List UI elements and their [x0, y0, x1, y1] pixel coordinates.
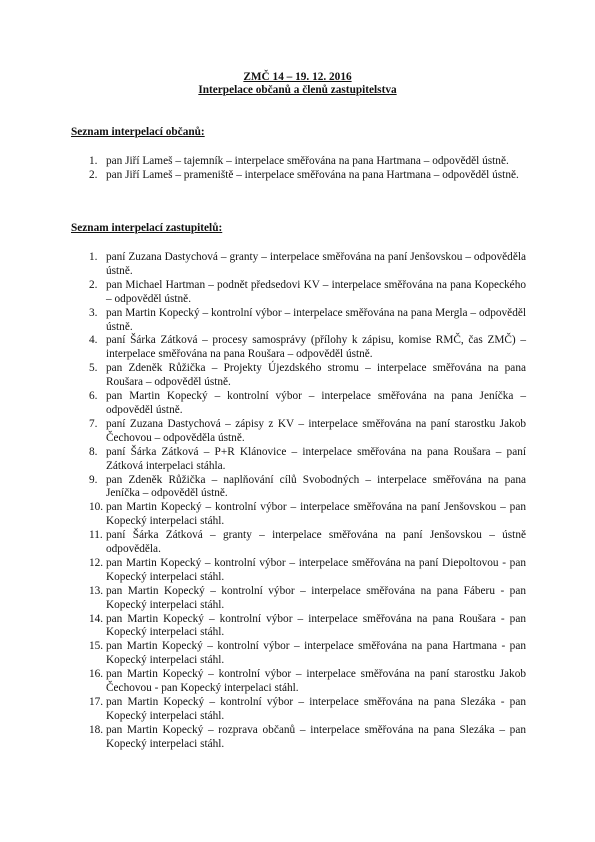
list-item-number: 2.: [89, 279, 97, 293]
list-item-number: 1.: [89, 251, 97, 265]
list-item-text: pan Martin Kopecký – kontrolní výbor – i…: [106, 640, 526, 666]
list-item-number: 11.: [89, 529, 103, 543]
list-item-number: 9.: [89, 474, 97, 488]
list-item: 9.pan Zdeněk Růžička – naplňování cílů S…: [71, 474, 526, 502]
list-item-text: pan Zdeněk Růžička – Projekty Újezdského…: [106, 362, 526, 388]
list-item-text: pan Michael Hartman – podnět předsedovi …: [106, 279, 526, 305]
list-item-number: 14.: [89, 613, 103, 627]
list-item: 6.pan Martin Kopecký – kontrolní výbor –…: [71, 390, 526, 418]
list-item-text: paní Šárka Zátková – P+R Klánovice – int…: [106, 446, 526, 472]
list-item-text: pan Martin Kopecký – kontrolní výbor – i…: [106, 613, 526, 639]
section-heading-representatives: Seznam interpelací zastupitelů:: [71, 222, 222, 235]
list-item-text: paní Zuzana Dastychová – granty – interp…: [106, 251, 526, 277]
list-item-text: pan Martin Kopecký – rozprava občanů – i…: [106, 724, 526, 750]
list-item: 2.pan Jiří Lameš – prameniště – interpel…: [71, 169, 526, 183]
list-item-number: 13.: [89, 585, 103, 599]
list-item: 14.pan Martin Kopecký – kontrolní výbor …: [71, 613, 526, 641]
list-item-text: paní Šárka Zátková – granty – interpelac…: [106, 529, 526, 555]
list-item-number: 15.: [89, 640, 103, 654]
list-item: 16.pan Martin Kopecký – kontrolní výbor …: [71, 668, 526, 696]
list-item: 1.pan Jiří Lameš – tajemník – interpelac…: [71, 155, 526, 169]
list-item: 12.pan Martin Kopecký – kontrolní výbor …: [71, 557, 526, 585]
list-item-text: pan Martin Kopecký – kontrolní výbor – i…: [106, 501, 526, 527]
list-item-text: pan Martin Kopecký – kontrolní výbor – i…: [106, 307, 526, 333]
list-item-text: paní Zuzana Dastychová – zápisy z KV – i…: [106, 418, 526, 444]
list-item: 15.pan Martin Kopecký – kontrolní výbor …: [71, 640, 526, 668]
list-item-text: pan Martin Kopecký – kontrolní výbor – i…: [106, 585, 526, 611]
list-item-number: 12.: [89, 557, 103, 571]
list-item: 8.paní Šárka Zátková – P+R Klánovice – i…: [71, 446, 526, 474]
list-item: 3.pan Martin Kopecký – kontrolní výbor –…: [71, 307, 526, 335]
list-item-number: 2.: [89, 169, 97, 183]
list-item-number: 5.: [89, 362, 97, 376]
document-page: ZMČ 14 – 19. 12. 2016 Interpelace občanů…: [0, 0, 595, 842]
list-item-number: 3.: [89, 307, 97, 321]
list-item-text: pan Jiří Lameš – prameniště – interpelac…: [106, 169, 519, 181]
representatives-interpellation-list: 1.paní Zuzana Dastychová – granty – inte…: [71, 251, 526, 752]
list-item-text: pan Martin Kopecký – kontrolní výbor – i…: [106, 668, 526, 694]
list-item: 5.pan Zdeněk Růžička – Projekty Újezdské…: [71, 362, 526, 390]
list-item-text: pan Martin Kopecký – kontrolní výbor – i…: [106, 696, 526, 722]
list-item-text: pan Martin Kopecký – kontrolní výbor – i…: [106, 557, 526, 583]
list-item-number: 16.: [89, 668, 103, 682]
list-item: 17.pan Martin Kopecký – kontrolní výbor …: [71, 696, 526, 724]
list-item-number: 10.: [89, 501, 103, 515]
section-heading-citizens: Seznam interpelací občanů:: [71, 126, 205, 139]
list-item-number: 18.: [89, 724, 103, 738]
list-item-number: 8.: [89, 446, 97, 460]
list-item-text: pan Zdeněk Růžička – naplňování cílů Svo…: [106, 474, 526, 500]
list-item-number: 17.: [89, 696, 103, 710]
list-item: 11.paní Šárka Zátková – granty – interpe…: [71, 529, 526, 557]
list-item: 13.pan Martin Kopecký – kontrolní výbor …: [71, 585, 526, 613]
list-item-number: 4.: [89, 334, 97, 348]
list-item: 4.paní Šárka Zátková – procesy samospráv…: [71, 334, 526, 362]
list-item: 7.paní Zuzana Dastychová – zápisy z KV –…: [71, 418, 526, 446]
list-item-number: 1.: [89, 155, 97, 169]
list-item-text: pan Martin Kopecký – kontrolní výbor – i…: [106, 390, 526, 416]
list-item: 18.pan Martin Kopecký – rozprava občanů …: [71, 724, 526, 752]
list-item-text: paní Šárka Zátková – procesy samosprávy …: [106, 334, 526, 360]
list-item-text: pan Jiří Lameš – tajemník – interpelace …: [106, 155, 509, 167]
document-subtitle: Interpelace občanů a členů zastupitelstv…: [0, 84, 595, 97]
citizens-interpellation-list: 1.pan Jiří Lameš – tajemník – interpelac…: [71, 155, 526, 183]
document-title: ZMČ 14 – 19. 12. 2016: [0, 71, 595, 84]
list-item: 10.pan Martin Kopecký – kontrolní výbor …: [71, 501, 526, 529]
list-item-number: 6.: [89, 390, 97, 404]
list-item: 2.pan Michael Hartman – podnět předsedov…: [71, 279, 526, 307]
list-item-number: 7.: [89, 418, 97, 432]
list-item: 1.paní Zuzana Dastychová – granty – inte…: [71, 251, 526, 279]
